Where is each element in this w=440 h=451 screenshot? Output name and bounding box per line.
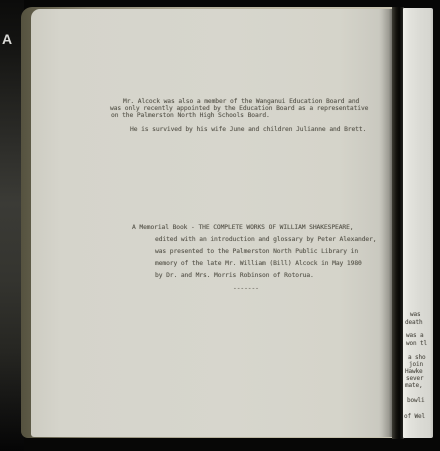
typewritten-line: A Memorial Book - THE COMPLETE WORKS OF …	[132, 224, 353, 231]
spine-label: A	[2, 32, 12, 46]
text-fragment: mate,	[405, 383, 423, 390]
typewritten-line: memory of the late Mr. William (Bill) Al…	[155, 260, 362, 267]
scanned-book-photo: A Mr. Alcock was also a member of the Wa…	[0, 0, 440, 451]
text-fragment: bowli	[407, 398, 425, 405]
text-fragment: was	[410, 312, 421, 319]
typewritten-line: edited with an introduction and glossary…	[155, 236, 376, 243]
typewritten-line: Mr. Alcock was also a member of the Wang…	[123, 98, 359, 105]
text-fragment: of Wel	[404, 414, 425, 421]
right-page-sliver: was death was a won tl a sho join Hawke …	[403, 8, 433, 438]
text-fragment: won tl	[406, 341, 427, 348]
typewritten-line: by Dr. and Mrs. Morris Robinson of Rotor…	[155, 272, 314, 279]
text-fragment: was a	[406, 333, 424, 340]
typewritten-line: He is survived by his wife June and chil…	[130, 126, 366, 133]
typewritten-line: was presented to the Palmerston North Pu…	[155, 248, 358, 255]
text-fragment: death	[405, 320, 423, 327]
typewritten-line: was only recently appointed by the Educa…	[110, 105, 368, 112]
typed-divider: -------	[233, 285, 259, 292]
left-page: Mr. Alcock was also a member of the Wang…	[31, 9, 393, 437]
typewritten-line: on the Palmerston North High Schools Boa…	[111, 112, 270, 119]
